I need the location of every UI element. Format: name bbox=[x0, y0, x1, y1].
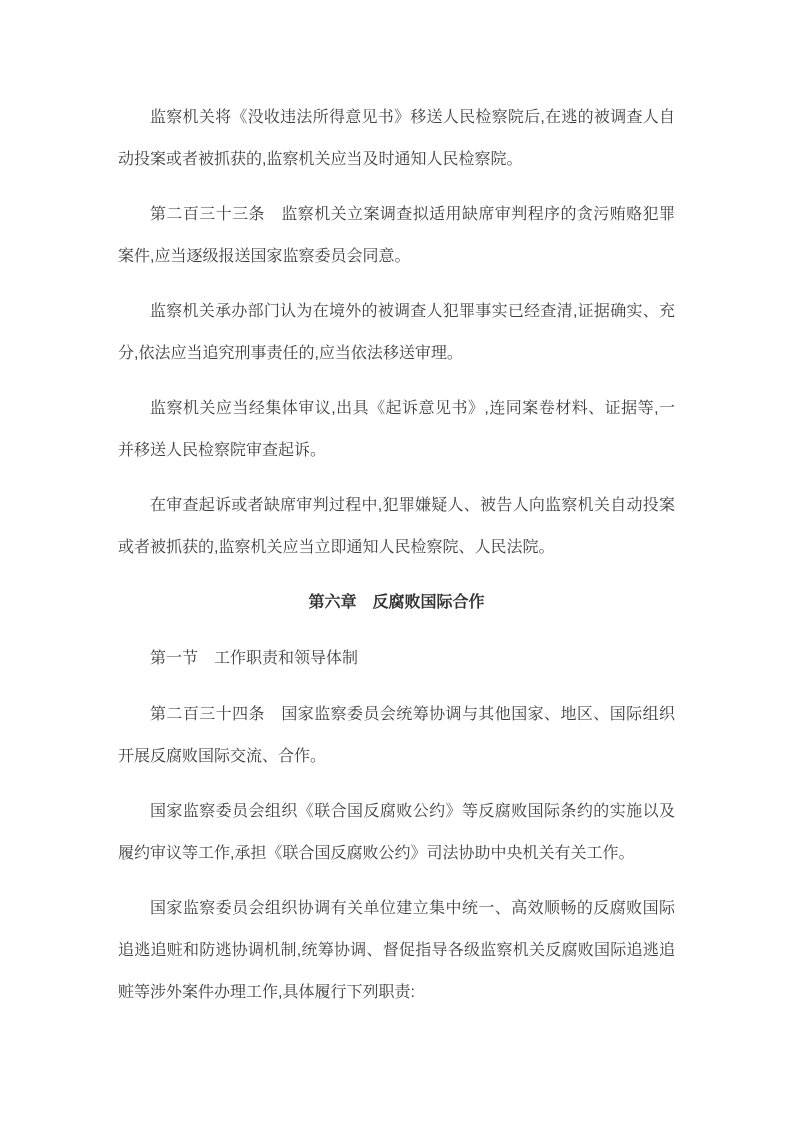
body-paragraph: 在审查起诉或者缺席审判过程中,犯罪嫌疑人、被告人向监察机关自动投案或者被抓获的,… bbox=[118, 485, 675, 569]
body-paragraph: 监察机关承办部门认为在境外的被调查人犯罪事实已经查清,证据确实、充分,依法应当追… bbox=[118, 291, 675, 375]
document-page: 监察机关将《没收违法所得意见书》移送人民检察院后,在逃的被调查人自动投案或者被抓… bbox=[0, 0, 793, 1122]
body-paragraph: 监察机关将《没收违法所得意见书》移送人民检察院后,在逃的被调查人自动投案或者被抓… bbox=[118, 97, 675, 181]
document-content: 监察机关将《没收违法所得意见书》移送人民检察院后,在逃的被调查人自动投案或者被抓… bbox=[0, 0, 793, 1014]
body-paragraph: 第二百三十三条 监察机关立案调查拟适用缺席审判程序的贪污贿赂犯罪案件,应当逐级报… bbox=[118, 194, 675, 278]
chapter-heading: 第六章 反腐败国际合作 bbox=[118, 582, 675, 624]
body-paragraph: 第二百三十四条 国家监察委员会统筹协调与其他国家、地区、国际组织开展反腐败国际交… bbox=[118, 694, 675, 778]
body-paragraph: 监察机关应当经集体审议,出具《起诉意见书》,连同案卷材料、证据等,一并移送人民检… bbox=[118, 388, 675, 472]
body-paragraph: 国家监察委员会组织《联合国反腐败公约》等反腐败国际条约的实施以及履约审议等工作,… bbox=[118, 791, 675, 875]
body-paragraph: 国家监察委员会组织协调有关单位建立集中统一、高效顺畅的反腐败国际追逃追赃和防逃协… bbox=[118, 888, 675, 1014]
section-heading: 第一节 工作职责和领导体制 bbox=[118, 638, 675, 680]
